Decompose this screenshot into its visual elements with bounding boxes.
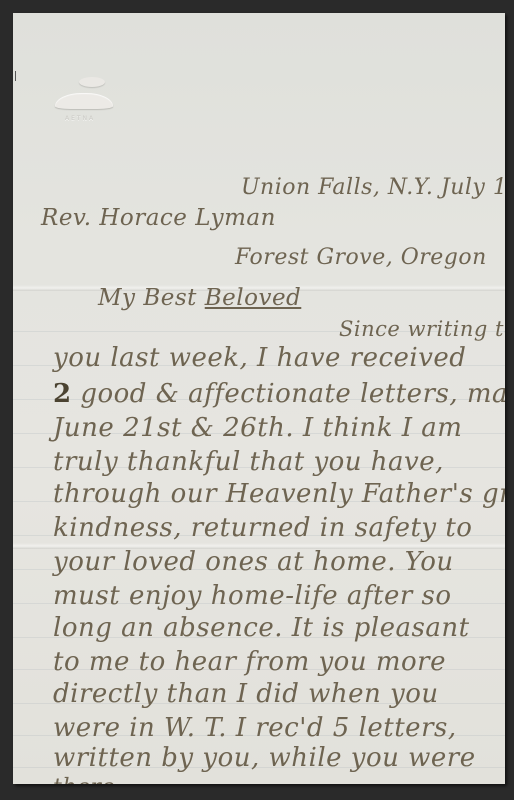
body-line: to me to hear from you more	[53, 647, 446, 677]
body-number: 2	[53, 379, 72, 409]
body-line: through our Heavenly Father's great	[53, 479, 505, 509]
letter-page: AETNA Union Falls, N.Y. July 10th/82 Rev…	[13, 13, 505, 784]
salutation-prefix: My Best	[98, 285, 205, 311]
recipient-place: Forest Grove, Oregon	[235, 245, 487, 270]
body-line: kindness, returned in safety to	[53, 513, 472, 543]
body-line: written by you, while you were	[53, 743, 476, 773]
body-line: directly than I did when you	[53, 679, 439, 709]
body-line: truly thankful that you have,	[53, 447, 444, 477]
margin-mark	[15, 71, 16, 81]
body-line: must enjoy home-life after so	[53, 581, 452, 611]
emboss-label: AETNA	[65, 115, 95, 122]
volcano-smoke-icon	[79, 77, 105, 87]
recipient-name: Rev. Horace Lyman	[41, 205, 276, 231]
body-text: good & affectionate letters, mailed	[72, 379, 505, 409]
body-line: there.	[53, 775, 123, 784]
body-line: were in W. T. I rec'd 5 letters,	[53, 713, 457, 743]
dateline: Union Falls, N.Y. July 10th/82	[241, 175, 505, 200]
body-line: 2 good & affectionate letters, mailed	[53, 379, 505, 409]
volcano-icon	[55, 93, 113, 109]
salutation-underlined: Beloved	[205, 285, 302, 311]
body-line: June 21st & 26th. I think I am	[53, 413, 462, 443]
body-line: your loved ones at home. You	[53, 547, 454, 577]
body-line: long an absence. It is pleasant	[53, 613, 470, 643]
letterhead-emboss: AETNA	[51, 65, 121, 135]
salutation: My Best Beloved	[98, 285, 301, 311]
body-line: you last week, I have received	[53, 343, 466, 373]
body-line: Since writing to	[339, 317, 505, 341]
